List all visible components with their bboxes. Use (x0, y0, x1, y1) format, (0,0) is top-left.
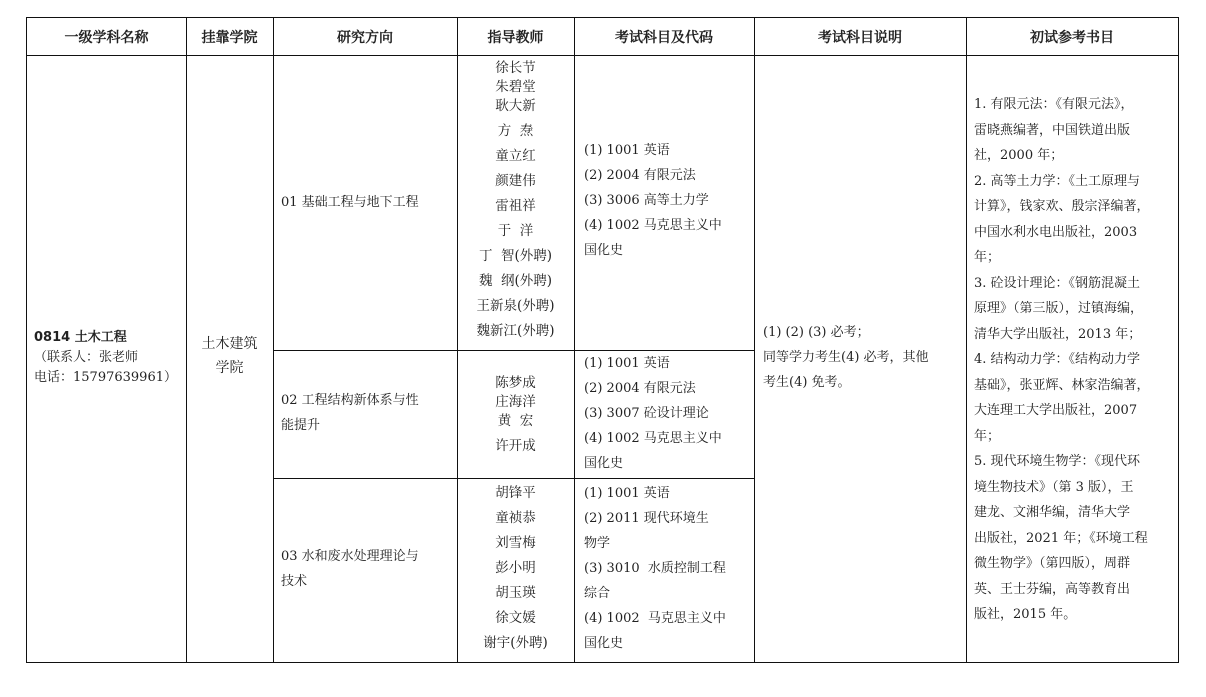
advisor: 方 焘 (457, 119, 574, 144)
advisor: 徐文媛 (457, 606, 574, 631)
book-line: 5. 现代环境生物学：《现代环 (974, 449, 1170, 475)
direction-name-cont: 技术 (281, 569, 453, 594)
direction-01: 01 基础工程与地下工程 (281, 190, 453, 215)
advisor: 童祯恭 (457, 506, 574, 531)
book-line: 4. 结构动力学：《结构动力学 (974, 347, 1170, 373)
advisor: 魏 纲(外聘) (457, 269, 574, 294)
book-line: 雷晓燕编著，中国铁道出版 (974, 118, 1170, 144)
book-line: 3. 砼设计理论：《钢筋混凝土 (974, 271, 1170, 297)
divider (574, 18, 575, 662)
header-exam-notes: 考试科目说明 (754, 18, 966, 56)
college-name-line1: 土木建筑 (186, 332, 273, 356)
subject: (1) 1001 英语 (584, 138, 752, 163)
advisor: 彭小明 (457, 556, 574, 581)
advisors-02: 陈梦成 庄海洋 黄 宏 许开成 (457, 371, 574, 459)
subject: (2) 2011 现代环境生 (584, 506, 752, 531)
discipline-name: 0814 土木工程 (34, 328, 186, 348)
subject: (2) 2004 有限元法 (584, 376, 752, 401)
book-line: 英、王士芬编，高等教育出 (974, 577, 1170, 603)
direction-name: 03 水和废水处理理论与 (281, 544, 453, 569)
book-line: 建龙、文湘华编，清华大学 (974, 500, 1170, 526)
advisors-01: 徐长节 朱碧堂 耿大新 方 焘 童立红 颜建伟 雷祖祥 于 洋 丁 智(外聘) … (457, 56, 574, 344)
book-line: 1. 有限元法：《有限元法》， (974, 92, 1170, 118)
advisor: 童立红 (457, 144, 574, 169)
direction-name: 02 工程结构新体系与性 (281, 388, 453, 413)
header-exam-subjects: 考试科目及代码 (574, 18, 754, 56)
book-line: 清华大学出版社，2013 年； (974, 322, 1170, 348)
book-line: 境生物技术》（第 3 版），王 (974, 475, 1170, 501)
subject: (4) 1002 马克思主义中 (584, 606, 752, 631)
subject: (4) 1002 马克思主义中 (584, 213, 752, 238)
book-line: 基础》，张亚辉、林家浩编著， (974, 373, 1170, 399)
exam-note: 同等学力考生(4) 必考，其他 (763, 345, 963, 370)
subject: (4) 1002 马克思主义中 (584, 426, 752, 451)
direction-02: 02 工程结构新体系与性 能提升 (281, 388, 453, 438)
contact-phone: 电话：15797639961） (34, 368, 186, 388)
subject: (3) 3007 砼设计理论 (584, 401, 752, 426)
subject: (3) 3010 水质控制工程 (584, 556, 752, 581)
advisor: 雷祖祥 (457, 194, 574, 219)
subject: 国化史 (584, 631, 752, 656)
book-line: 计算》，钱家欢、殷宗泽编著， (974, 194, 1170, 220)
subject: (1) 1001 英语 (584, 351, 752, 376)
contact-person: （联系人：张老师 (34, 348, 186, 368)
subject: 物学 (584, 531, 752, 556)
header-advisors: 指导教师 (457, 18, 574, 56)
divider (754, 18, 755, 662)
advisor: 黄 宏 (457, 409, 574, 434)
book-line: 2. 高等土力学：《土工原理与 (974, 169, 1170, 195)
advisor: 谢宇(外聘) (457, 631, 574, 656)
book-line: 微生物学》（第四版），周群 (974, 551, 1170, 577)
advisor: 王新泉(外聘) (457, 294, 574, 319)
book-line: 原理》（第三版），过镇海编， (974, 296, 1170, 322)
subject: 国化史 (584, 451, 752, 476)
college-name-line2: 学院 (186, 356, 273, 380)
subjects-02: (1) 1001 英语 (2) 2004 有限元法 (3) 3007 砼设计理论… (584, 351, 752, 476)
book-line: 出版社，2021 年；《环境工程 (974, 526, 1170, 552)
subject: (3) 3006 高等土力学 (584, 188, 752, 213)
advisor: 刘雪梅 (457, 531, 574, 556)
advisor: 于 洋 (457, 219, 574, 244)
header-reference-books: 初试参考书目 (966, 18, 1178, 56)
advisor: 丁 智(外聘) (457, 244, 574, 269)
book-line: 年； (974, 245, 1170, 271)
book-line: 大连理工大学出版社，2007 (974, 398, 1170, 424)
direction-name-cont: 能提升 (281, 413, 453, 438)
advisor: 许开成 (457, 434, 574, 459)
advisor: 耿大新 (457, 94, 574, 119)
book-line: 社，2000 年； (974, 143, 1170, 169)
advisor: 胡玉瑛 (457, 581, 574, 606)
subject: (1) 1001 英语 (584, 481, 752, 506)
exam-note: (1) (2) (3) 必考； (763, 320, 963, 345)
header-direction: 研究方向 (273, 18, 457, 56)
admissions-table: 一级学科名称 挂靠学院 研究方向 指导教师 考试科目及代码 考试科目说明 初试参… (26, 17, 1179, 663)
direction-name: 01 基础工程与地下工程 (281, 190, 453, 215)
divider (273, 18, 274, 662)
book-line: 版社，2015 年。 (974, 602, 1170, 628)
header-discipline: 一级学科名称 (27, 18, 186, 56)
subject: 国化史 (584, 238, 752, 263)
exam-notes-cell: (1) (2) (3) 必考； 同等学力考生(4) 必考，其他 考生(4) 免考… (763, 320, 963, 395)
advisors-03: 胡锋平 童祯恭 刘雪梅 彭小明 胡玉瑛 徐文媛 谢宇(外聘) (457, 481, 574, 656)
reference-books-cell: 1. 有限元法：《有限元法》， 雷晓燕编著，中国铁道出版 社，2000 年； 2… (966, 92, 1178, 628)
subject: 综合 (584, 581, 752, 606)
direction-03: 03 水和废水处理理论与 技术 (281, 544, 453, 594)
subject: (2) 2004 有限元法 (584, 163, 752, 188)
discipline-cell: 0814 土木工程 （联系人：张老师 电话：15797639961） (34, 328, 186, 388)
subjects-01: (1) 1001 英语 (2) 2004 有限元法 (3) 3006 高等土力学… (584, 138, 752, 263)
divider (273, 478, 755, 479)
subjects-03: (1) 1001 英语 (2) 2011 现代环境生 物学 (3) 3010 水… (584, 481, 752, 656)
book-line: 年； (974, 424, 1170, 450)
header-college: 挂靠学院 (186, 18, 273, 56)
advisor: 魏新江(外聘) (457, 319, 574, 344)
book-line: 中国水利水电出版社，2003 (974, 220, 1170, 246)
exam-note: 考生(4) 免考。 (763, 370, 963, 395)
advisor: 胡锋平 (457, 481, 574, 506)
advisor: 颜建伟 (457, 169, 574, 194)
college-cell: 土木建筑 学院 (186, 332, 273, 380)
